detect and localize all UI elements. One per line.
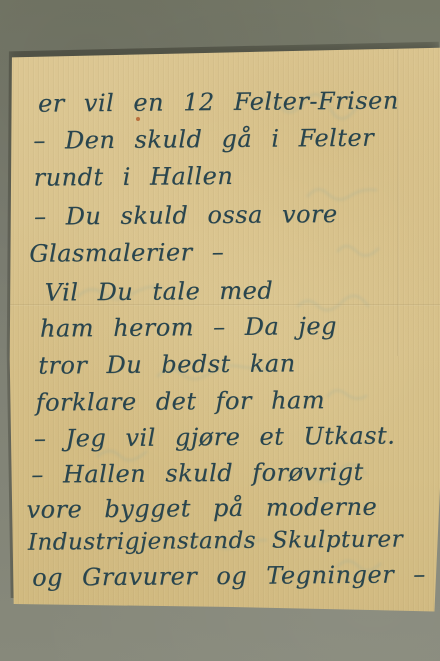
handwritten-line: forklare det for ham bbox=[35, 386, 325, 417]
handwritten-line: Vil Du tale med bbox=[45, 277, 274, 307]
handwritten-line: Glasmalerier – bbox=[29, 238, 224, 268]
handwritten-line: tror Du bedst kan bbox=[38, 349, 296, 379]
handwritten-line: Industrigjenstands Skulpturer bbox=[28, 526, 403, 555]
handwritten-text-block: er vil en 12 Felter-Frisen – Den skuld g… bbox=[6, 44, 440, 618]
handwritten-line: vore bygget på moderne bbox=[26, 493, 377, 524]
handwritten-line: rundt i Hallen bbox=[34, 162, 234, 192]
handwritten-line: – Den skuld gå i Felter bbox=[33, 124, 374, 155]
handwritten-line: er vil en 12 Felter-Frisen bbox=[38, 86, 399, 117]
handwritten-line: og Gravurer og Tegninger – bbox=[32, 560, 426, 591]
handwritten-line: – Hallen skuld forøvrigt bbox=[31, 458, 364, 489]
handwritten-line: – Du skuld ossa vore bbox=[34, 200, 338, 231]
letter-paper: er vil en 12 Felter-Frisen – Den skuld g… bbox=[8, 46, 440, 616]
handwritten-line: – Jeg vil gjøre et Utkast. bbox=[34, 422, 396, 453]
handwritten-line: ham herom – Da jeg bbox=[40, 312, 337, 343]
photo-backdrop: er vil en 12 Felter-Frisen – Den skuld g… bbox=[0, 0, 440, 661]
